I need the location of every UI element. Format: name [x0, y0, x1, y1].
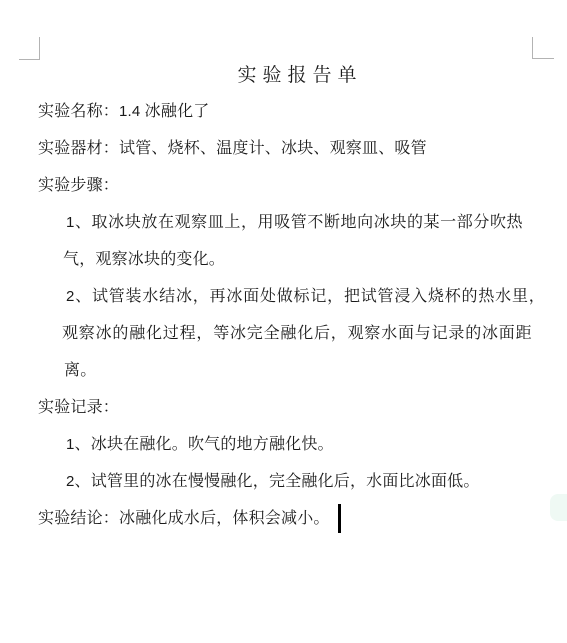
number-segment: 2: [66, 288, 75, 305]
text-segment: 、试管里的冰在慢慢融化，完全融化后，水面比冰面低。: [75, 473, 480, 490]
text-segment: 、试管装水结冰，再冰面处做标记，把试管浸入烧杯的热水里，: [75, 288, 545, 305]
line-step-1a[interactable]: 1、取冰块放在观察皿上，用吸管不断地向冰块的某一部分吹热: [66, 215, 523, 231]
line-conclusion[interactable]: 实验结论：冰融化成水后，体积会减小。: [38, 511, 330, 527]
page-margin-mark-top-right-icon: [532, 37, 554, 59]
floating-action-button[interactable]: [550, 494, 567, 521]
line-experiment-name[interactable]: 实验名称：1.4 冰融化了: [38, 104, 209, 120]
doc-title[interactable]: 实验报告单: [0, 66, 567, 85]
text-segment: 实验器材：试管、烧杯、温度计、冰块、观察皿、吸管: [38, 140, 427, 157]
number-segment: 1: [66, 214, 75, 231]
text-cursor: [338, 504, 341, 533]
line-record-2[interactable]: 2、试管里的冰在慢慢融化，完全融化后，水面比冰面低。: [66, 474, 480, 490]
text-segment: 冰融化了: [140, 103, 209, 120]
line-step-2a[interactable]: 2、试管装水结冰，再冰面处做标记，把试管浸入烧杯的热水里，: [66, 289, 546, 305]
line-experiment-materials[interactable]: 实验器材：试管、烧杯、温度计、冰块、观察皿、吸管: [38, 141, 427, 157]
number-segment: 1.4: [119, 103, 140, 120]
page-margin-mark-top-left-icon: [19, 37, 40, 60]
number-segment: 2: [66, 473, 75, 490]
document-page: 实验报告单 实验名称：1.4 冰融化了 实验器材：试管、烧杯、温度计、冰块、观察…: [0, 0, 567, 643]
line-experiment-steps-heading[interactable]: 实验步骤：: [38, 178, 119, 194]
text-segment: 观察冰的融化过程，等冰完全融化后，观察水面与记录的冰面距: [62, 325, 532, 342]
text-segment: 实验名称：: [38, 103, 119, 120]
text-segment: 实验步骤：: [38, 177, 119, 194]
line-step-2b[interactable]: 观察冰的融化过程，等冰完全融化后，观察水面与记录的冰面距: [62, 326, 532, 342]
text-segment: 实验结论：冰融化成水后，体积会减小。: [38, 510, 330, 527]
line-step-1b[interactable]: 气，观察冰块的变化。: [63, 252, 225, 268]
line-record-1[interactable]: 1、冰块在融化。吹气的地方融化快。: [66, 437, 334, 453]
text-segment: 、冰块在融化。吹气的地方融化快。: [75, 436, 334, 453]
text-segment: 实验记录：: [38, 399, 119, 416]
number-segment: 1: [66, 436, 75, 453]
text-segment: 、取冰块放在观察皿上，用吸管不断地向冰块的某一部分吹热: [75, 214, 523, 231]
text-segment: 离。: [64, 362, 96, 379]
line-experiment-records-heading[interactable]: 实验记录：: [38, 400, 119, 416]
text-segment: 气，观察冰块的变化。: [63, 251, 225, 268]
line-step-2c[interactable]: 离。: [64, 363, 96, 379]
